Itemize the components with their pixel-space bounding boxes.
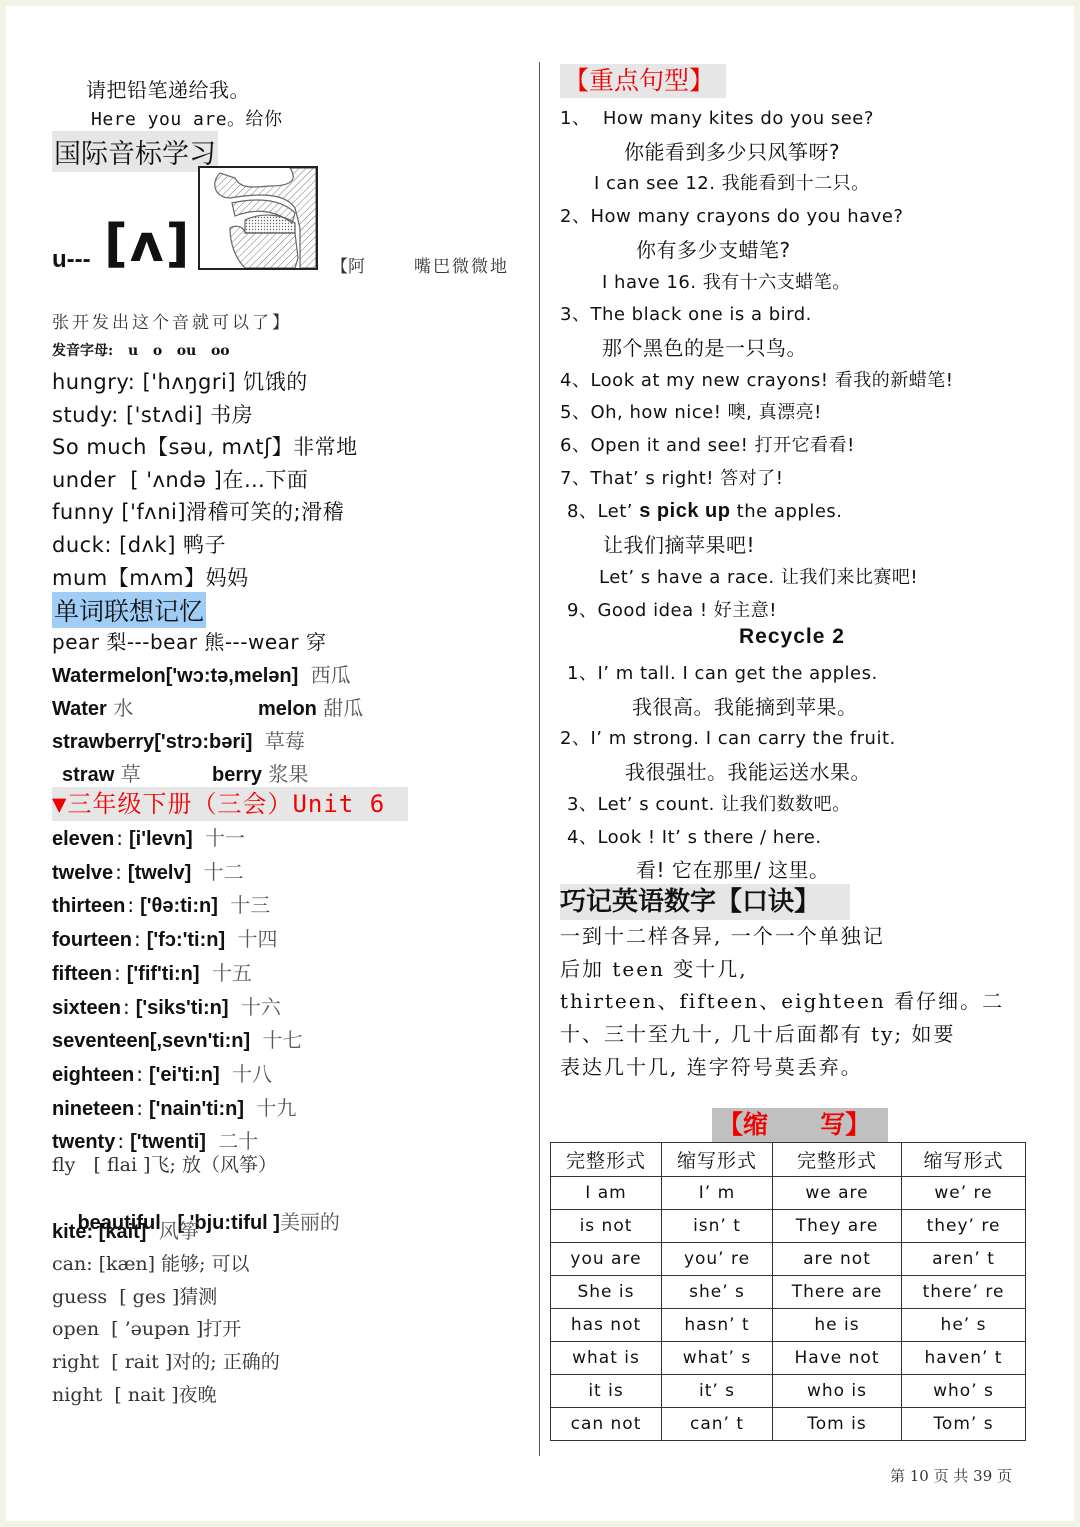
key-sentences-title: 【重点句型】: [560, 64, 726, 98]
sentence-line: 让我们摘苹果吧!: [560, 529, 953, 562]
word-item: mum【mʌm】妈妈: [52, 562, 358, 595]
phonetics-title: 国际音标学习: [52, 131, 218, 172]
sentence-line: 9、Good idea ! 好主意!: [560, 595, 953, 628]
sentence-line: 4、Look at my new crayons! 看我的新蜡笔!: [560, 365, 953, 398]
water-zh: 水: [113, 696, 133, 720]
association-title: 单词联想记忆: [52, 592, 206, 628]
word-item: can: [kæn] 能够; 可以: [52, 1248, 280, 1281]
kite-zh: 风筝: [159, 1219, 199, 1243]
kite-row: kite: [kait] 风筝: [52, 1215, 199, 1244]
word-item: study: ['stʌdi] 书房: [52, 399, 358, 432]
beautiful-zh: 美丽的: [280, 1210, 340, 1234]
document-page: 请把铅笔递给我。 Here you are。给你 国际音标学习 u--- [ʌ]…: [6, 6, 1074, 1521]
word-item: funny ['fʌni]滑稽可笑的;滑稽: [52, 496, 358, 529]
mnemonic-list: 一到十二样各异, 一个一个单独记 后加 teen 变十几, thirteen、f…: [560, 920, 1004, 1084]
letters-label: 发音字母: u o ou oo: [52, 340, 230, 360]
number-item: eleven:[i'levn] 十一: [52, 822, 303, 856]
sentence-line: 6、Open it and see! 打开它看看!: [560, 430, 953, 463]
straw-en: straw: [62, 764, 114, 786]
table-row: it isit’ swho iswho’ s: [551, 1375, 1026, 1408]
berry-zh: 浆果: [268, 762, 308, 786]
word-list: hungry: ['hʌŋgri] 饥饿的 study: ['stʌdi] 书房…: [52, 366, 358, 594]
association-line-1: pear 梨---bear 熊---wear 穿: [52, 626, 326, 655]
straw-zh: 草: [121, 762, 141, 786]
word-item: guess [ ges ]猜测: [52, 1281, 280, 1314]
tip-part-3: 张开发出这个音就可以了】: [52, 308, 292, 333]
number-item: thirteen:['θə:ti:n] 十三: [52, 889, 303, 923]
berry-row: berry 浆果: [212, 758, 308, 787]
straw-row: straw 草: [62, 758, 141, 787]
sentence-line: 1、 How many kites do you see?: [560, 103, 953, 136]
sound-prefix: u---: [52, 246, 91, 274]
number-item: twelve:[twelv] 十二: [52, 856, 303, 890]
recycle-line: 看! 它在那里/ 这里。: [560, 854, 896, 887]
number-item: seventeen[,sevn'ti:n] 十七: [52, 1024, 303, 1058]
melon-zh: 甜瓜: [323, 696, 363, 720]
watermelon-en: Watermelon['wɔ:tə,melən]: [52, 665, 298, 687]
mnemonic-title: 巧记英语数字【口诀】: [560, 884, 850, 920]
number-item: eighteen:['ei'ti:n] 十八: [52, 1058, 303, 1092]
watermelon-zh: 西瓜: [311, 663, 351, 687]
recycle-list: 1、I’ m tall. I can get the apples. 我很高。我…: [560, 658, 896, 887]
number-item: sixteen:['siks'ti:n] 十六: [52, 991, 303, 1025]
mnemonic-line: 十、三十至九十, 几十后面都有 ty; 如要: [560, 1018, 1004, 1051]
number-list: eleven:[i'levn] 十一 twelve:[twelv] 十二 thi…: [52, 822, 303, 1159]
mouth-diagram-image: [198, 166, 318, 270]
sentence-line: 那个黑色的是一只鸟。: [560, 332, 953, 365]
water-en: Water: [52, 698, 107, 720]
sentence-line: 2、How many crayons do you have?: [560, 201, 953, 234]
letters-value: u o ou oo: [128, 343, 230, 359]
word-item: under [ 'ʌndə ]在…下面: [52, 464, 358, 497]
sentence-line: 5、Oh, how nice! 噢, 真漂亮!: [560, 397, 953, 430]
word-item: right [ rait ]对的; 正确的: [52, 1346, 280, 1379]
table-row: can notcan’ tTom isTom’ s: [551, 1408, 1026, 1441]
berry-en: berry: [212, 764, 262, 786]
watermelon-row: Watermelon['wɔ:tə,melən] 西瓜: [52, 659, 351, 688]
mnemonic-line: 一到十二样各异, 一个一个单独记: [560, 920, 1004, 953]
recycle-title: Recycle 2: [739, 625, 845, 649]
letters-label-text: 发音字母:: [52, 343, 113, 359]
table-row: She isshe’ sThere arethere’ re: [551, 1276, 1026, 1309]
tip-part-2: 嘴巴微微地: [414, 252, 509, 277]
number-item: nineteen:['nain'ti:n] 十九: [52, 1092, 303, 1126]
table-row: has nothasn’ the ishe’ s: [551, 1309, 1026, 1342]
word-item: hungry: ['hʌŋgri] 饥饿的: [52, 366, 358, 399]
recycle-line: 3、Let’ s count. 让我们数数吧。: [560, 789, 896, 822]
intro-line-1: 请把铅笔递给我。: [86, 74, 250, 103]
tip-part-1: 【阿: [331, 252, 365, 277]
number-item: fourteen:['fɔ:'ti:n] 十四: [52, 923, 303, 957]
sentence-line: I can see 12. 我能看到十二只。: [560, 168, 953, 201]
strawberry-row: strawberry['strɔ:bəri] 草莓: [52, 725, 305, 754]
kite-en: kite: [kait]: [52, 1221, 146, 1243]
recycle-line: 4、Look ! It’ s there / here.: [560, 822, 896, 855]
table-header-cell: 完整形式: [551, 1143, 662, 1177]
ipa-symbol: [ʌ]: [104, 214, 191, 274]
sentence-line: 你有多少支蜡笔?: [560, 234, 953, 267]
mouth-diagram-icon: [200, 168, 316, 268]
intro-line-2: Here you are。给你: [91, 105, 283, 131]
table-row: is notisn’ tThey arethey’ re: [551, 1210, 1026, 1243]
page-number: 第 10 页 共 39 页: [890, 1465, 1012, 1486]
column-divider: [539, 62, 540, 1456]
mnemonic-line: thirteen、fifteen、eighteen 看仔细。二: [560, 985, 1004, 1018]
sentence-line: Let’ s have a race. 让我们来比赛吧!: [560, 562, 953, 595]
strawberry-en: strawberry['strɔ:bəri]: [52, 731, 252, 753]
melon-en: melon: [258, 698, 317, 720]
melon-row: melon 甜瓜: [258, 692, 363, 721]
mnemonic-line: 表达几十几, 连字符号莫丢弃。: [560, 1051, 1004, 1084]
mnemonic-line: 后加 teen 变十几,: [560, 953, 1004, 986]
table-row: I amI’ mwe arewe’ re: [551, 1177, 1026, 1210]
sentence-line: 7、That’ s right! 答对了!: [560, 463, 953, 496]
table-header-cell: 缩写形式: [662, 1143, 773, 1177]
unit6-title: ▼三年级下册（三会）Unit 6: [52, 787, 408, 821]
sentence-line: 3、The black one is a bird.: [560, 299, 953, 332]
serif-word-list: can: [kæn] 能够; 可以 guess [ ges ]猜测 open […: [52, 1248, 280, 1412]
key-sentences-list: 1、 How many kites do you see? 你能看到多少只风筝呀…: [560, 103, 953, 627]
recycle-line: 1、I’ m tall. I can get the apples.: [560, 658, 896, 691]
word-item: open [ ’əupən ]打开: [52, 1313, 280, 1346]
word-item: night [ nait ]夜晚: [52, 1379, 280, 1412]
contractions-title: 【缩 写】: [712, 1108, 888, 1142]
recycle-line: 2、I’ m strong. I can carry the fruit.: [560, 723, 896, 756]
word-item: So much【səu, mʌtʃ】非常地: [52, 431, 358, 464]
table-header-cell: 缩写形式: [902, 1143, 1026, 1177]
sentence-line: I have 16. 我有十六支蜡笔。: [560, 267, 953, 300]
fly-row: fly [ flai ]飞; 放（风筝）: [52, 1150, 277, 1177]
table-header-row: 完整形式 缩写形式 完整形式 缩写形式: [551, 1143, 1026, 1177]
table-row: what iswhat’ sHave nothaven’ t: [551, 1342, 1026, 1375]
sentence-line: 你能看到多少只风筝呀?: [560, 136, 953, 169]
sentence-line-8: 8、Let’ s pick up the apples.: [560, 495, 953, 529]
table-row: you areyou’ reare notaren’ t: [551, 1243, 1026, 1276]
number-item: fifteen:['fif'ti:n] 十五: [52, 957, 303, 991]
recycle-line: 我很强壮。我能运送水果。: [560, 756, 896, 789]
water-row: Water 水: [52, 692, 133, 721]
recycle-line: 我很高。我能摘到苹果。: [560, 691, 896, 724]
contractions-table: 完整形式 缩写形式 完整形式 缩写形式 I amI’ mwe arewe’ re…: [550, 1142, 1026, 1441]
word-item: duck: [dʌk] 鸭子: [52, 529, 358, 562]
strawberry-zh: 草莓: [265, 729, 305, 753]
table-header-cell: 完整形式: [773, 1143, 902, 1177]
